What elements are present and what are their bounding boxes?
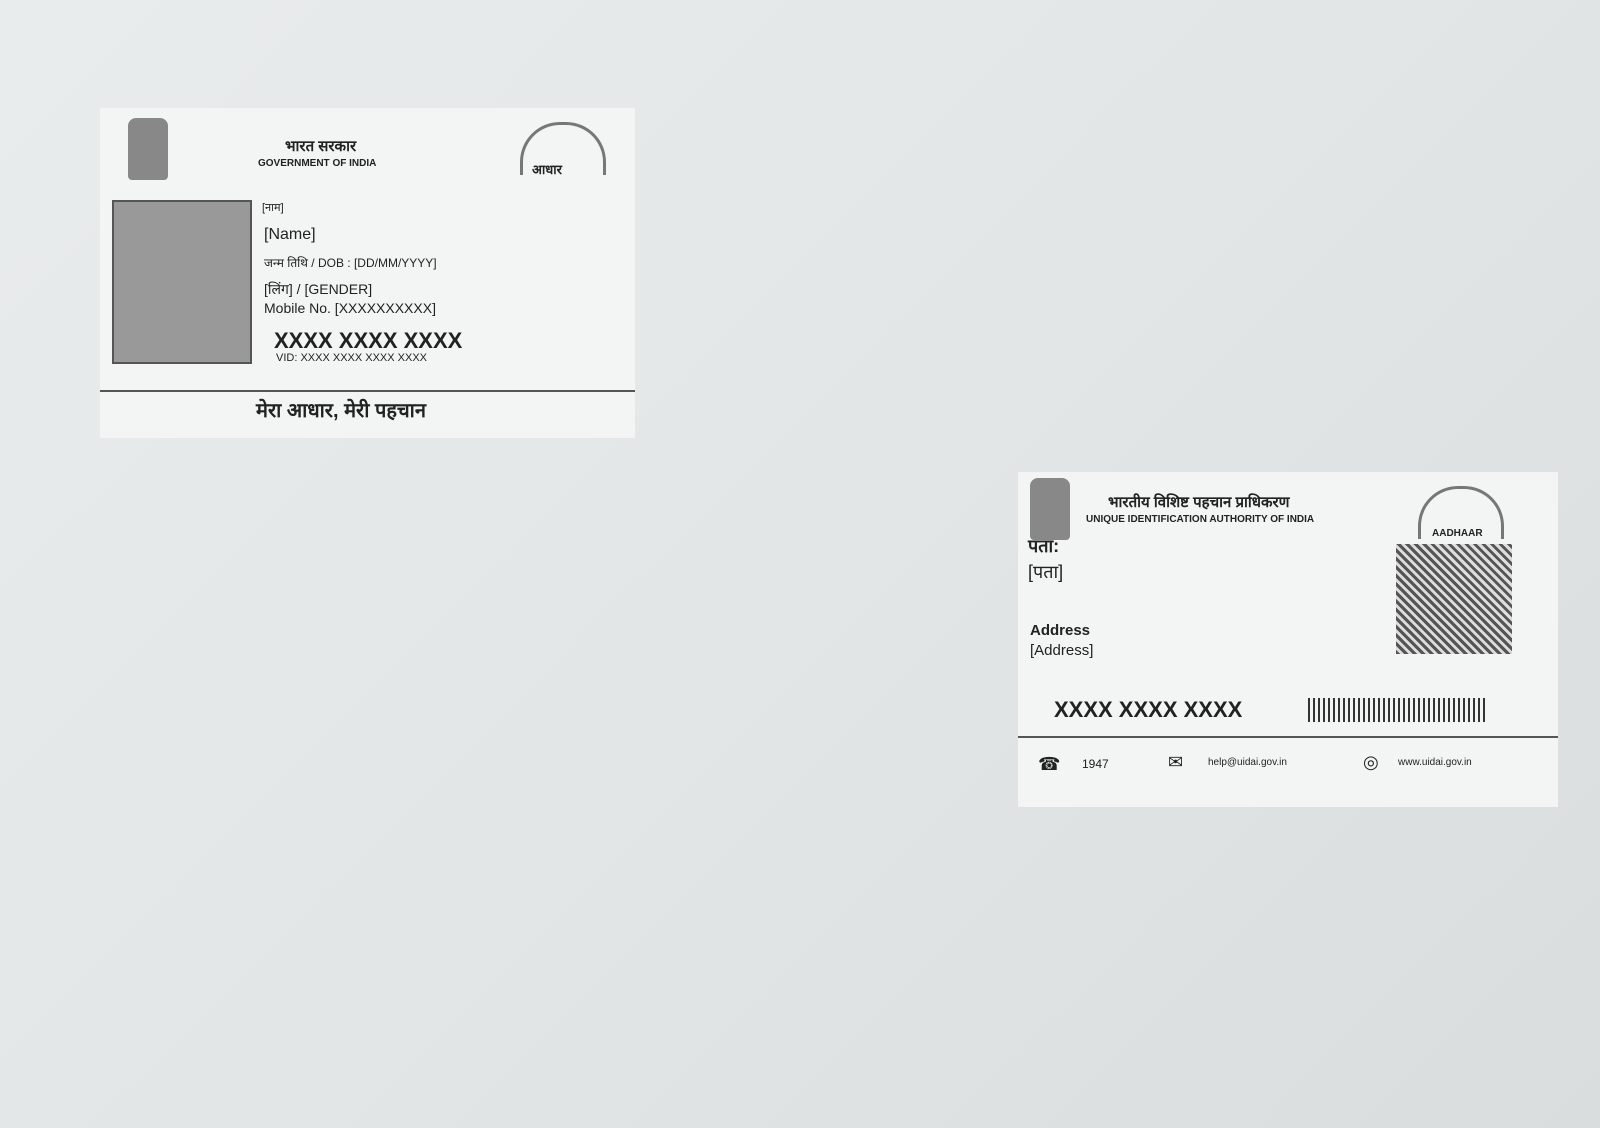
address-label-hindi: पता: [1028, 534, 1059, 558]
logo-text: आधार [532, 160, 562, 178]
header-hindi: भारतीय विशिष्ट पहचान प्राधिकरण [1108, 492, 1290, 512]
email-icon: ✉ [1168, 752, 1183, 773]
name-english: [Name] [264, 226, 316, 244]
national-emblem-icon [1030, 478, 1070, 540]
header-english: UNIQUE IDENTIFICATION AUTHORITY OF INDIA [1086, 514, 1314, 525]
address-label-english: Address [1030, 622, 1090, 639]
header-hindi: भारत सरकार [285, 136, 356, 156]
address-english: [Address] [1030, 642, 1370, 659]
virtual-id: VID: XXXX XXXX XXXX XXXX [276, 352, 427, 364]
tagline: मेरा आधार, मेरी पहचान [256, 396, 426, 423]
globe-icon: ◎ [1363, 752, 1379, 773]
divider [100, 390, 635, 392]
holder-photo [112, 200, 252, 364]
id-card-front: भारत सरकार GOVERNMENT OF INDIA आधार [नाम… [100, 108, 635, 438]
mobile-number: Mobile No. [XXXXXXXXXX] [264, 300, 436, 316]
qr-code [1396, 544, 1512, 654]
id-number: XXXX XXXX XXXX [274, 328, 462, 354]
name-hindi: [नाम] [262, 200, 284, 215]
national-emblem-icon [128, 118, 168, 180]
divider [1018, 736, 1558, 738]
id-number: XXXX XXXX XXXX [1054, 697, 1242, 723]
date-of-birth: जन्म तिथि / DOB : [DD/MM/YYYY] [264, 254, 437, 271]
logo-text: AADHAAR [1432, 528, 1483, 539]
header-english: GOVERNMENT OF INDIA [258, 158, 376, 169]
helpline-number: 1947 [1082, 757, 1109, 771]
website-url: www.uidai.gov.in [1398, 757, 1472, 768]
address-hindi: [पता] [1028, 560, 1388, 584]
id-card-back: भारतीय विशिष्ट पहचान प्राधिकरण UNIQUE ID… [1018, 472, 1558, 807]
phone-icon: ☎ [1038, 754, 1060, 775]
email-address: help@uidai.gov.in [1208, 757, 1287, 768]
gender: [लिंग] / [GENDER] [264, 280, 372, 299]
barcode [1308, 698, 1488, 722]
